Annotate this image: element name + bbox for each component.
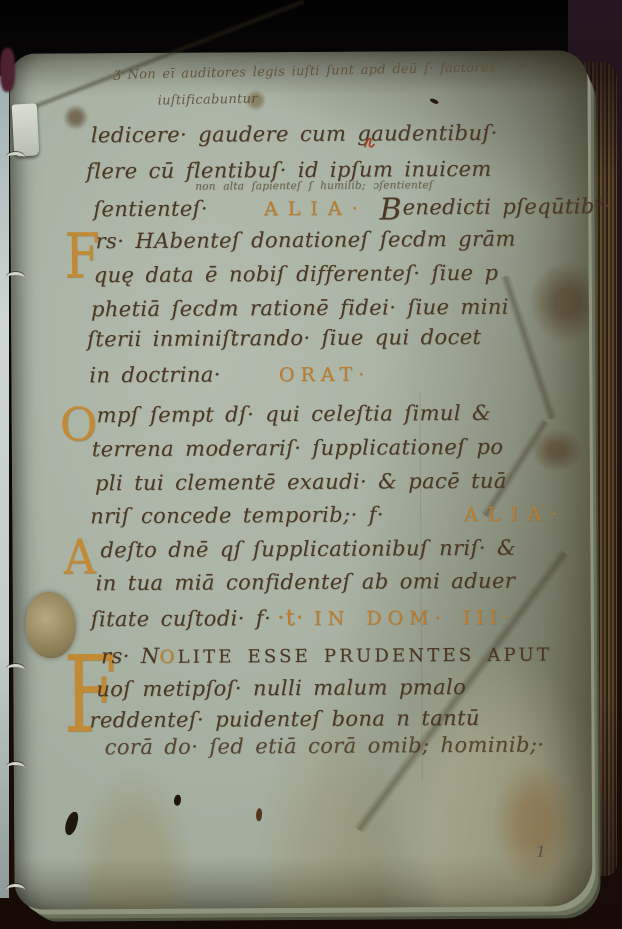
text-line: pli tui clementē exaudi· & pacē tuā: [95, 469, 507, 496]
sewing-thread: [6, 272, 25, 284]
slide-mount-edge: [0, 76, 9, 898]
text-line: rs· HAbenteſ donationeſ ſecdm grām: [95, 227, 515, 254]
folio-number: 1: [536, 843, 546, 861]
text-line: ledicere· gaudere cum gaudentibuſ·: [91, 121, 498, 147]
marginal-note-line1: Non eī auditores legis iuſti ſunt apd de…: [127, 60, 496, 82]
ink-fleck: [429, 97, 439, 105]
sewing-thread: [6, 664, 25, 676]
repair-patch: [26, 592, 76, 658]
ink-blot: [256, 808, 262, 821]
sewing-thread: [6, 762, 25, 774]
text-segment: HAbenteſ donationeſ ſecdm grām: [135, 227, 516, 253]
text-line: ſterii inminiſtrando· ſiue qui docet: [87, 325, 481, 351]
ink-blot: [174, 795, 181, 806]
stain-smudge: [64, 103, 88, 131]
ink-blot: [63, 810, 79, 836]
parchment-page: ʒ· Non eī auditores legis iuſti ſunt apd…: [9, 50, 592, 910]
rustic-capitals-segment: LITE ESSE PRUDENTES APUT: [178, 644, 553, 667]
text-segment: enedicti pſeqūtib⁹·: [402, 194, 610, 219]
text-line: uoſ metipſoſ· nulli malum pmalo: [96, 675, 466, 701]
capital-b: B: [379, 192, 402, 227]
sewing-thread: [6, 152, 25, 164]
text-line: phetiā ſecdm rationē fidei· ſiue mini: [91, 295, 509, 322]
text-line: mpſ ſempt dſ· qui celeſtia ſimul &: [97, 401, 492, 427]
manuscript-photo: ʒ· Non eī auditores legis iuſti ſunt apd…: [0, 0, 622, 929]
text-line: reddenteſ· puidenteſ bona n tantū: [89, 706, 479, 732]
text-line: corā do· ſed etiā corā omib; hominib;·: [105, 733, 545, 760]
parchment-tab: [12, 103, 40, 156]
rubric-alia: ALIA·: [464, 503, 568, 526]
text-segment: nriſ concede temporib;· f·: [90, 502, 384, 528]
binding-shadow: [0, 48, 15, 92]
text-segment: ſitate cuſtodi· f·: [91, 606, 271, 631]
text-segment: rs·: [95, 229, 135, 253]
rubric-t: ·t·: [277, 605, 304, 631]
text-line: in tua miā confidenteſ ab omi aduer: [96, 569, 516, 596]
text-line: ſitate cuſtodi· f··t·IN DOM· III·: [91, 604, 515, 633]
capital-o-rubricated: O: [160, 647, 178, 668]
interlinear-gloss: non alta ſapienteſ ſ humilib; ɔſentiente…: [195, 179, 433, 192]
rubric-alia: ALIA·: [264, 198, 368, 221]
text-segment: in doctrina·: [89, 362, 221, 387]
text-line: rs· NOLITE ESSE PRUDENTES APUT: [101, 641, 552, 668]
rubric-orat: ORAT·: [279, 364, 370, 387]
text-segment: ſentienteſ·: [93, 197, 208, 222]
marginal-note-line2: iuſtificabuntur: [158, 92, 258, 109]
text-line: nriſ concede temporib;· f·ALIA·: [90, 501, 567, 528]
sewing-thread: [6, 884, 25, 896]
text-line: deſto dnē qſ ſupplicationibuſ nriſ· &: [100, 536, 516, 563]
text-line: in doctrina·ORAT·: [89, 362, 370, 388]
red-correction-mark: [362, 134, 377, 155]
rubric-in-dom: IN DOM· III·: [314, 607, 515, 630]
text-line: ſentienteſ·non alta ſapienteſ ſ humilib;…: [93, 191, 610, 229]
marginal-note-mark: ʒ·: [113, 66, 125, 81]
text-segment: rs· N: [101, 644, 160, 668]
text-line: quę data ē nobiſ differenteſ· ſiue p: [94, 261, 499, 287]
text-line: terrena moderariſ· ſupplicationeſ po: [92, 435, 504, 462]
illuminated-initial-a: A: [64, 533, 96, 581]
